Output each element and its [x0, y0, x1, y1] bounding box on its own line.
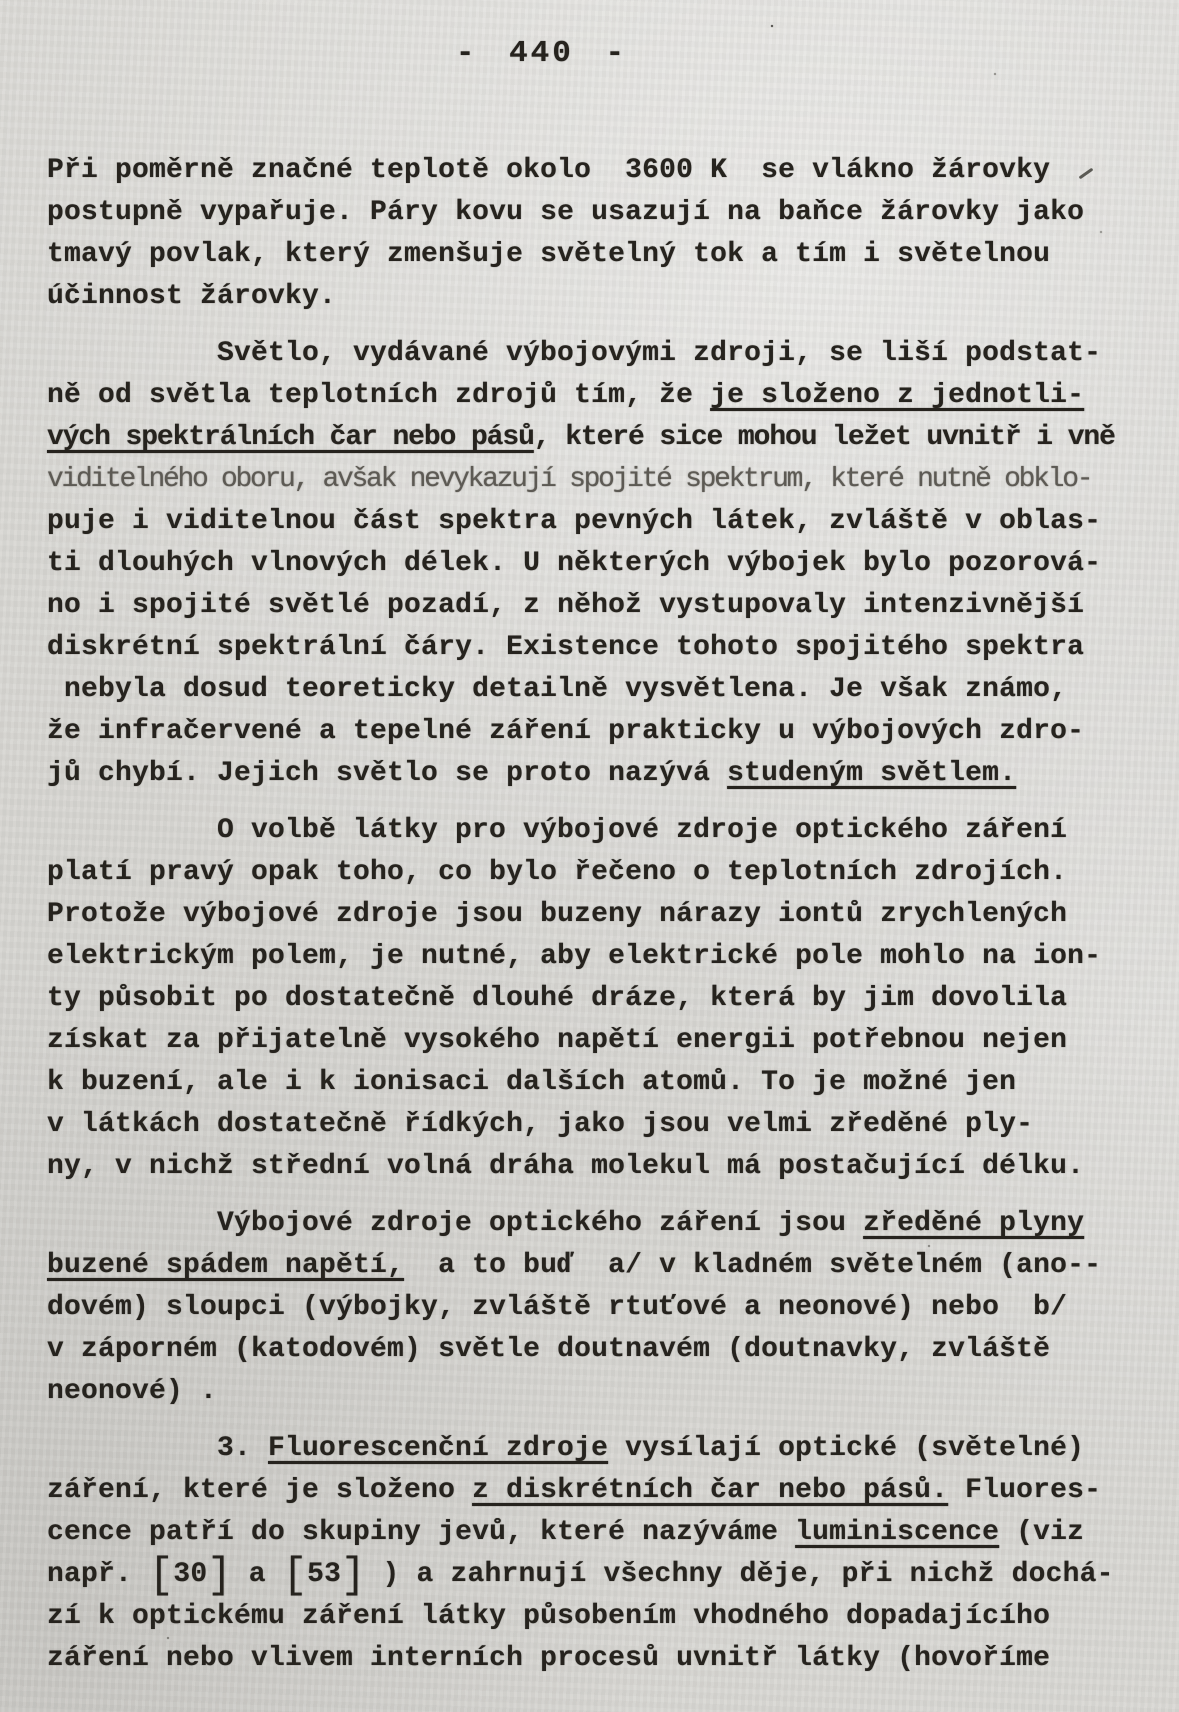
- underlined-phrase: buzené spádem napětí,: [47, 1250, 404, 1281]
- text-line: účinnost žárovky.: [47, 276, 1163, 318]
- text-block: Při poměrně značné teplotě okolo 3600 K …: [47, 150, 1163, 1680]
- text-segment: že infračervené a tepelné záření praktic…: [47, 716, 1084, 747]
- text-line: platí pravý opak toho, co bylo řečeno o …: [47, 852, 1163, 894]
- text-segment: účinnost žárovky.: [47, 281, 336, 312]
- text-segment: Světlo, vydávané výbojovými zdroji, se l…: [217, 338, 1101, 369]
- text-line: ti dlouhých vlnových délek. U některých …: [47, 543, 1163, 585]
- underlined-phrase: vých spektrálních čar nebo pásů: [47, 422, 534, 453]
- text-line: v látkách dostatečně řídkých, jako jsou …: [47, 1104, 1163, 1146]
- text-segment: viditelného oboru, avšak nevykazují spoj…: [47, 464, 1091, 495]
- text-segment: v látkách dostatečně řídkých, jako jsou …: [47, 1109, 1033, 1140]
- text-line: diskrétní spektrální čáry. Existence toh…: [47, 627, 1163, 669]
- text-segment: získat za přijatelně vysokého napětí ene…: [47, 1025, 1067, 1056]
- citation-number: 30: [173, 1559, 207, 1590]
- text-segment: nebyla dosud teoreticky detailně vysvětl…: [47, 674, 1067, 705]
- text-segment: tmavý povlak, který zmenšuje světelný to…: [47, 239, 1050, 270]
- text-line: puje i viditelnou část spektra pevných l…: [47, 501, 1163, 543]
- citation-number: 53: [307, 1559, 341, 1590]
- text-line: k buzení, ale i k ionisaci dalších atomů…: [47, 1062, 1163, 1104]
- text-segment: záření, které je složeno: [47, 1475, 472, 1506]
- paragraph: Při poměrně značné teplotě okolo 3600 K …: [47, 150, 1163, 318]
- underlined-phrase: je složeno z jednotli-: [710, 380, 1084, 411]
- text-line: záření, které je složeno z diskrétních č…: [47, 1470, 1163, 1512]
- text-segment: ty působit po dostatečně dlouhé dráze, k…: [47, 983, 1067, 1014]
- text-line: no i spojité světlé pozadí, z něhož vyst…: [47, 585, 1163, 627]
- text-segment: elektrickým polem, je nutné, aby elektri…: [47, 941, 1101, 972]
- text-line: cence patří do skupiny jevů, které nazýv…: [47, 1512, 1163, 1554]
- text-line: tmavý povlak, který zmenšuje světelný to…: [47, 234, 1163, 276]
- text-line: zí k optickému záření látky působením vh…: [47, 1596, 1163, 1638]
- text-segment: dovém) sloupci (výbojky, zvláště rtuťové…: [47, 1292, 1067, 1323]
- text-line: buzené spádem napětí, a to buď a/ v klad…: [47, 1245, 1163, 1287]
- paragraph: Světlo, vydávané výbojovými zdroji, se l…: [47, 333, 1163, 795]
- underlined-phrase: zředěné plyny: [863, 1208, 1084, 1239]
- text-segment: k buzení, ale i k ionisaci dalších atomů…: [47, 1067, 1016, 1098]
- text-segment: O volbě látky pro výbojové zdroje optick…: [217, 815, 1067, 846]
- text-segment: , které sice mohou ležet uvnitř i vně: [534, 422, 1115, 453]
- text-line: 3. Fluorescenční zdroje vysílají optické…: [47, 1428, 1163, 1470]
- paragraph: O volbě látky pro výbojové zdroje optick…: [47, 810, 1163, 1188]
- text-line: Protože výbojové zdroje jsou buzeny nára…: [47, 894, 1163, 936]
- text-line: postupně vypařuje. Páry kovu se usazují …: [47, 192, 1163, 234]
- underlined-phrase: studeným světlem.: [727, 758, 1016, 789]
- text-line: viditelného oboru, avšak nevykazují spoj…: [47, 459, 1163, 501]
- text-segment: no i spojité světlé pozadí, z něhož vyst…: [47, 590, 1084, 621]
- text-segment: zí k optickému záření látky působením vh…: [47, 1601, 1050, 1632]
- text-line: nebyla dosud teoreticky detailně vysvětl…: [47, 669, 1163, 711]
- text-segment: (viz: [999, 1517, 1084, 1548]
- text-line: neonové) .: [47, 1371, 1163, 1413]
- paragraph: 3. Fluorescenční zdroje vysílají optické…: [47, 1428, 1163, 1680]
- text-line: ně od světla teplotních zdrojů tím, že j…: [47, 375, 1163, 417]
- text-segment: ti dlouhých vlnových délek. U některých …: [47, 548, 1101, 579]
- text-segment: Fluores-: [948, 1475, 1101, 1506]
- text-line: elektrickým polem, je nutné, aby elektri…: [47, 936, 1163, 978]
- text-segment: jů chybí. Jejich světlo se proto nazývá: [47, 758, 727, 789]
- text-segment: Při poměrně značné teplotě okolo 3600 K …: [47, 155, 1050, 186]
- text-segment: platí pravý opak toho, co bylo řečeno o …: [47, 857, 1067, 888]
- text-line: Výbojové zdroje optického záření jsou zř…: [47, 1203, 1163, 1245]
- text-segment: záření nebo vlivem interních procesů uvn…: [47, 1643, 1050, 1674]
- underlined-phrase: luminiscence: [795, 1517, 999, 1548]
- text-segment: ) a zahrnují všechny děje, při nichž doc…: [366, 1559, 1114, 1590]
- text-segment: neonové) .: [47, 1376, 217, 1407]
- text-line: záření nebo vlivem interních procesů uvn…: [47, 1638, 1163, 1680]
- scanned-typewritten-page: { "page": { "number_label": "- 440 -", "…: [0, 0, 1179, 1712]
- text-line: Světlo, vydávané výbojovými zdroji, se l…: [47, 333, 1163, 375]
- text-line: získat za přijatelně vysokého napětí ene…: [47, 1020, 1163, 1062]
- citation-ref: [30]: [149, 1559, 232, 1590]
- citation-ref: [53]: [283, 1559, 366, 1590]
- text-segment: ny, v nichž střední volná dráha molekul …: [47, 1151, 1084, 1182]
- text-segment: a to buď a/ v kladném světelném (ano--: [404, 1250, 1101, 1281]
- underlined-phrase: Fluorescenční zdroje: [268, 1433, 608, 1464]
- text-line: jů chybí. Jejich světlo se proto nazývá …: [47, 753, 1163, 795]
- text-segment: v záporném (katodovém) světle doutnavém …: [47, 1334, 1050, 1365]
- text-segment: cence patří do skupiny jevů, které nazýv…: [47, 1517, 795, 1548]
- text-line: např. [30] a [53] ) a zahrnují všechny d…: [47, 1554, 1163, 1596]
- text-segment: Protože výbojové zdroje jsou buzeny nára…: [47, 899, 1067, 930]
- underlined-phrase: z diskrétních čar nebo pásů.: [472, 1475, 948, 1506]
- text-segment: postupně vypařuje. Páry kovu se usazují …: [47, 197, 1084, 228]
- text-segment: vysílají optické (světelné): [608, 1433, 1084, 1464]
- text-segment: např.: [47, 1559, 149, 1590]
- paragraph: Výbojové zdroje optického záření jsou zř…: [47, 1203, 1163, 1413]
- text-line: dovém) sloupci (výbojky, zvláště rtuťové…: [47, 1287, 1163, 1329]
- text-segment: diskrétní spektrální čáry. Existence toh…: [47, 632, 1084, 663]
- text-line: vých spektrálních čar nebo pásů, které s…: [47, 417, 1163, 459]
- text-line: ty působit po dostatečně dlouhé dráze, k…: [47, 978, 1163, 1020]
- page-number: - 440 -: [0, 36, 1131, 71]
- text-segment: ně od světla teplotních zdrojů tím, že: [47, 380, 710, 411]
- text-segment: 3.: [217, 1433, 268, 1464]
- text-segment: a: [232, 1559, 283, 1590]
- text-line: O volbě látky pro výbojové zdroje optick…: [47, 810, 1163, 852]
- text-segment: puje i viditelnou část spektra pevných l…: [47, 506, 1101, 537]
- text-line: Při poměrně značné teplotě okolo 3600 K …: [47, 150, 1163, 192]
- text-line: ny, v nichž střední volná dráha molekul …: [47, 1146, 1163, 1188]
- text-segment: Výbojové zdroje optického záření jsou: [217, 1208, 863, 1239]
- text-line: že infračervené a tepelné záření praktic…: [47, 711, 1163, 753]
- text-line: v záporném (katodovém) světle doutnavém …: [47, 1329, 1163, 1371]
